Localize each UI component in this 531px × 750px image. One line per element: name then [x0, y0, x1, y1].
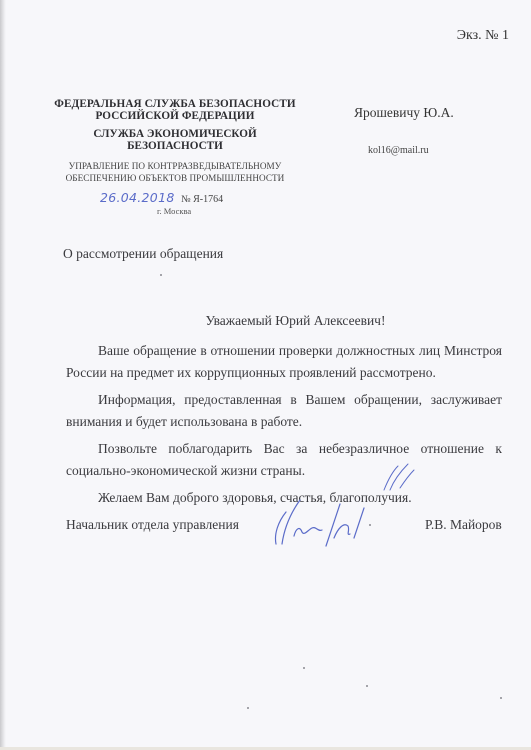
registration-number: № Я-1764	[181, 194, 223, 205]
subject-line: О рассмотрении обращения	[63, 246, 223, 262]
scan-speck	[247, 707, 249, 709]
handwritten-signature-icon	[268, 498, 378, 548]
paragraph: Информация, предоставленная в Вашем обра…	[66, 389, 502, 432]
scan-speck	[500, 697, 502, 699]
department-line-2: ОБЕСПЕЧЕНИЮ ОБЪЕКТОВ ПРОМЫШЛЕННОСТИ	[40, 172, 310, 184]
scan-speck	[303, 667, 305, 669]
letter-body: Ваше обращение в отношении проверки долж…	[66, 340, 502, 515]
registration-date-handwritten: 26.04.2018	[100, 190, 175, 205]
service-line-2: БЕЗОПАСНОСТИ	[40, 140, 310, 152]
paragraph: Позвольте поблагодарить Вас за небезразл…	[66, 438, 502, 481]
copy-number: Экз. № 1	[457, 28, 509, 44]
letterhead-service: СЛУЖБА ЭКОНОМИЧЕСКОЙ БЕЗОПАСНОСТИ	[40, 128, 310, 152]
recipient-name: Ярошевичу Ю.А.	[354, 105, 454, 121]
registration-line: 26.04.2018 № Я-1764	[100, 190, 223, 205]
signature-flourish-icon	[378, 462, 418, 492]
city: г. Москва	[157, 206, 191, 216]
recipient-email: kol16@mail.ru	[368, 145, 429, 156]
signatory-name: Р.В. Майоров	[425, 517, 502, 533]
scan-speck	[369, 524, 371, 526]
salutation: Уважаемый Юрий Алексеевич!	[30, 313, 531, 329]
scan-speck	[172, 104, 174, 106]
scan-speck	[160, 274, 162, 276]
department-line-1: УПРАВЛЕНИЕ ПО КОНТРРАЗВЕДЫВАТЕЛЬНОМУ	[40, 160, 310, 172]
scan-speck	[366, 685, 368, 687]
service-line-1: СЛУЖБА ЭКОНОМИЧЕСКОЙ	[40, 128, 310, 140]
signatory-title: Начальник отдела управления	[66, 517, 239, 533]
letterhead-organization: ФЕДЕРАЛЬНАЯ СЛУЖБА БЕЗОПАСНОСТИ РОССИЙСК…	[40, 98, 310, 122]
scan-left-edge	[0, 0, 6, 750]
letter-page: Экз. № 1 ФЕДЕРАЛЬНАЯ СЛУЖБА БЕЗОПАСНОСТИ…	[0, 0, 531, 750]
organization-line-1: ФЕДЕРАЛЬНАЯ СЛУЖБА БЕЗОПАСНОСТИ	[40, 98, 310, 110]
letterhead-department: УПРАВЛЕНИЕ ПО КОНТРРАЗВЕДЫВАТЕЛЬНОМУ ОБЕ…	[40, 160, 310, 184]
organization-line-2: РОССИЙСКОЙ ФЕДЕРАЦИИ	[40, 110, 310, 122]
paragraph: Ваше обращение в отношении проверки долж…	[66, 340, 502, 383]
